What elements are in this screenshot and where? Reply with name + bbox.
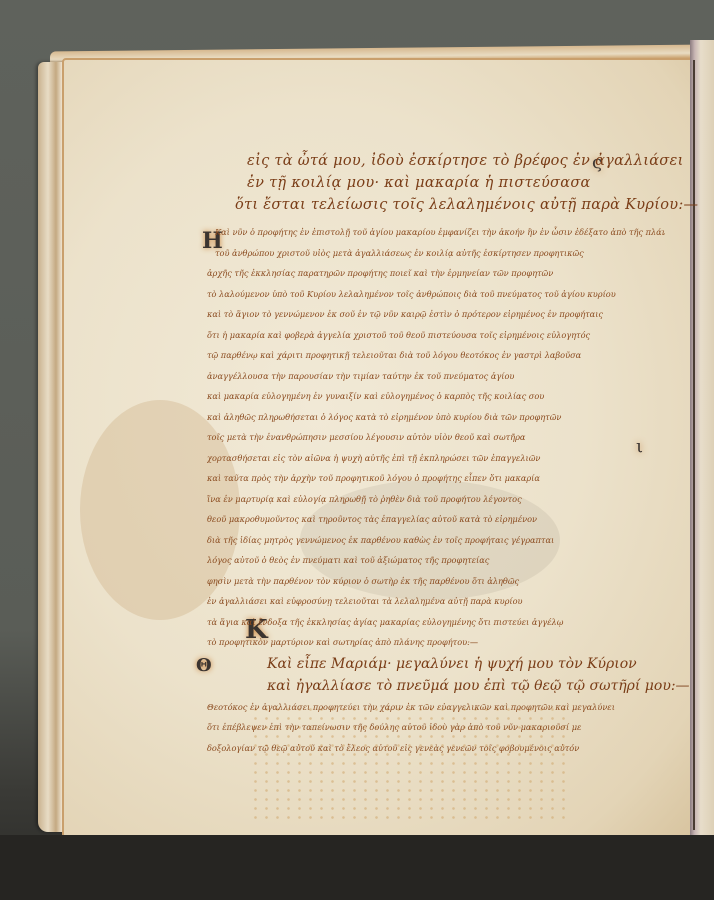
body-line: θεοῦ μακροθυμοῦντος καὶ τηροῦντος τὰς ἐπ… [207, 509, 665, 530]
heading-line: ὅτι ἔσται τελείωσις τοῖς λελαλημένοις αὐ… [235, 194, 665, 216]
body-line: ἀναγγέλλουσα τὴν παρουσίαν τὴν τιμίαν τα… [207, 366, 665, 387]
body-line: Θεοτόκος ἐν ἀγαλλιάσει προφητεύει τὴν χά… [207, 697, 665, 718]
body-line: χορτασθήσεται εἰς τὸν αἰῶνα ἡ ψυχὴ αὐτῆς… [207, 448, 665, 469]
body-line: Καὶ νῦν ὁ προφήτης ἐν ἐπιστολῇ τοῦ ἁγίου… [215, 222, 665, 243]
body-line: τῷ παρθένῳ καὶ χάριτι προφητικῇ τελειοῦτ… [207, 345, 665, 366]
body-line: καὶ τὸ ἅγιον τὸ γεννώμενον ἐκ σοῦ ἐν τῷ … [207, 304, 665, 325]
body-line: ἵνα ἐν μαρτυρίᾳ καὶ εὐλογίᾳ πληρωθῇ τὸ ῥ… [207, 489, 665, 510]
rubric-line: Καὶ εἶπε Μαριάμ· μεγαλύνει ἡ ψυχή μου τὸ… [267, 653, 665, 675]
body-line: καὶ μακαρία εὐλογημένη ἐν γυναιξίν καὶ ε… [207, 386, 665, 407]
body-line: λόγος αὐτοῦ ὁ θεὸς ἐν πνεύματι καὶ τοῦ ἀ… [207, 550, 665, 571]
body-line: ὅτι ἡ μακαρία καὶ φοβερὰ ἀγγελία χριστοῦ… [207, 325, 665, 346]
body-line: διὰ τῆς ἰδίας μητρὸς γεννώμενος ἐκ παρθέ… [207, 530, 665, 551]
body-line: ἐν ἀγαλλιάσει καὶ εὐφροσύνῃ τελειοῦται τ… [207, 591, 665, 612]
body-line: καὶ ἀληθῶς πληρωθήσεται ὁ λόγος κατὰ τὸ … [207, 407, 665, 428]
gutter-line [693, 60, 695, 830]
body-line: τοῦ ἀνθρώπου χριστοῦ υἱὸς μετὰ ἀγαλλιάσε… [215, 243, 665, 264]
body-line: ἀρχῆς τῆς ἐκκλησίας παρατηρῶν προφήτης π… [207, 263, 665, 284]
heading-line: εἰς τὰ ὦτά μου, ἰδοὺ ἐσκίρτησε τὸ βρέφος… [247, 150, 665, 172]
body-line: καὶ ταῦτα πρὸς τὴν ἀρχὴν τοῦ προφητικοῦ … [207, 468, 665, 489]
body-line: τὸ λαλούμενον ὑπὸ τοῦ Κυρίου λελαλημένον… [207, 284, 665, 305]
heading-line: ἐν τῇ κοιλίᾳ μου· καὶ μακαρία ἡ πιστεύσα… [247, 172, 665, 194]
manuscript-photo: ς ι Η Κ Θ εἰς τὰ ὦτά μου, ἰδοὺ ἐσκίρτησε… [0, 0, 714, 900]
body-line: τὰ ἅγια καὶ ἔνδοξα τῆς ἐκκλησίας ἁγίας μ… [207, 612, 665, 633]
text-block: εἰς τὰ ὦτά μου, ἰδοὺ ἐσκίρτησε τὸ βρέφος… [195, 150, 665, 758]
body-line: φησὶν μετὰ τὴν παρθένον τὸν κύριον ὁ σωτ… [207, 571, 665, 592]
bottom-shadow [0, 835, 714, 900]
body-line: τὸ προφητικὸν μαρτύριον καὶ σωτηρίας ἀπὸ… [207, 632, 665, 653]
body-line: τοῖς μετὰ τὴν ἐνανθρώπησιν μεσσίου λέγου… [207, 427, 665, 448]
body-line: δοξολογίαν τῷ θεῷ αὐτοῦ καὶ τὸ ἔλεος αὐτ… [207, 738, 665, 759]
rubric-line: καὶ ἠγαλλίασε τὸ πνεῦμά μου ἐπὶ τῷ θεῷ τ… [267, 675, 665, 697]
body-line: ὅτι ἐπέβλεψεν ἐπὶ τὴν ταπείνωσιν τῆς δού… [207, 717, 665, 738]
